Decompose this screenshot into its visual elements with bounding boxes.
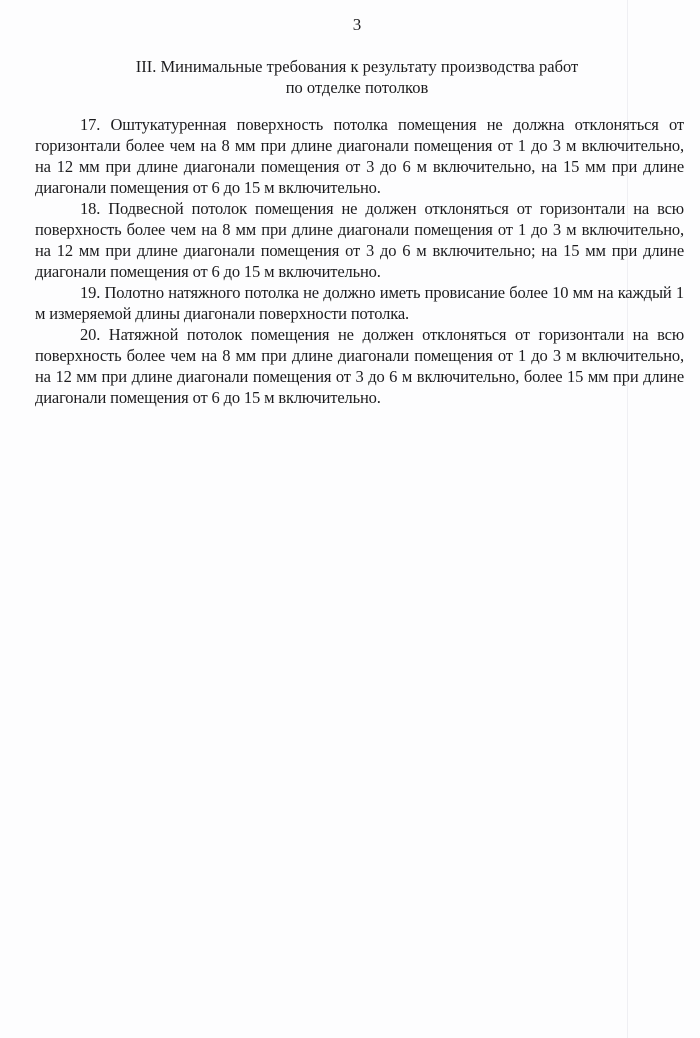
section-heading: III. Минимальные требования к результату…	[0, 56, 700, 98]
scan-edge-artifact	[627, 0, 628, 1038]
paragraph-20: 20. Натяжной потолок помещения не должен…	[35, 324, 684, 408]
section-heading-line-1: III. Минимальные требования к результату…	[0, 56, 700, 77]
body-text: 17. Оштукатуренная поверхность потолка п…	[35, 114, 684, 408]
paragraph-19: 19. Полотно натяжного потолка не должно …	[35, 282, 684, 324]
paragraph-18: 18. Подвесной потолок помещения не долже…	[35, 198, 684, 282]
page-number: 3	[0, 14, 700, 36]
section-heading-line-2: по отделке потолков	[0, 77, 700, 98]
paragraph-17: 17. Оштукатуренная поверхность потолка п…	[35, 114, 684, 198]
